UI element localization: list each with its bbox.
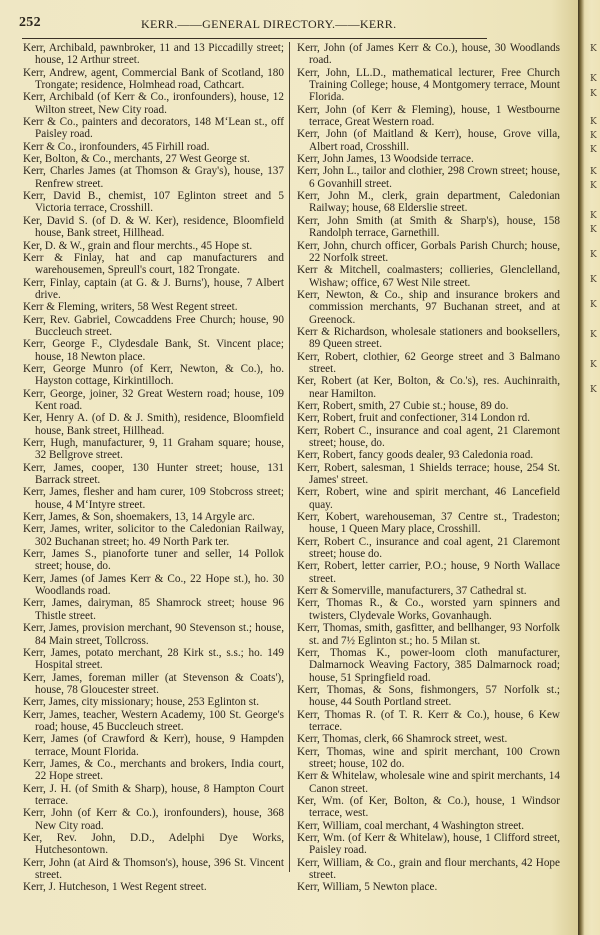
directory-entry: Ker, Robert (at Ker, Bolton, & Co.'s), r… (297, 375, 560, 400)
facing-page-letter: K (590, 75, 597, 84)
directory-entry: Kerr, Thomas R. (of T. R. Kerr & Co.), h… (297, 709, 560, 734)
directory-entry: Kerr, James S., pianoforte tuner and sel… (23, 548, 284, 573)
directory-entry: Kerr, William, coal merchant, 4 Washingt… (297, 820, 560, 832)
facing-page-letter: K (590, 45, 597, 54)
directory-entry: Kerr, Newton, & Co., ship and insurance … (297, 289, 560, 326)
directory-entry: Kerr, William, 5 Newton place. (297, 881, 560, 893)
directory-entry: Kerr, John L., tailor and clothier, 298 … (297, 165, 560, 190)
directory-entry: Ker, D. & W., grain and flour merchts., … (23, 240, 284, 252)
directory-entry: Kerr, James (of Crawford & Kerr), house,… (23, 733, 284, 758)
directory-entry: Kerr, John Smith (at Smith & Sharp's), h… (297, 215, 560, 240)
header-rule (22, 38, 487, 39)
directory-entry: Kerr, Robert, fancy goods dealer, 93 Cal… (297, 449, 560, 461)
directory-entry: Kerr, J. H. (of Smith & Sharp), house, 8… (23, 783, 284, 808)
facing-page-letter: K (590, 132, 597, 141)
directory-entry: Kerr, John (of James Kerr & Co.), house,… (297, 42, 560, 67)
directory-entry: Kerr, John, church officer, Gorbals Pari… (297, 240, 560, 265)
facing-page-letter: K (590, 182, 597, 191)
directory-entry: Kerr, Robert, letter carrier, P.O.; hous… (297, 560, 560, 585)
facing-page-letter: K (590, 276, 597, 285)
directory-entry: Kerr, James, dairyman, 85 Shamrock stree… (23, 597, 284, 622)
right-column: Kerr, John (of James Kerr & Co.), house,… (297, 42, 560, 894)
directory-entry: Kerr, John (of Maitland & Kerr), house, … (297, 128, 560, 153)
running-title: KERR.——GENERAL DIRECTORY.——KERR. (141, 17, 396, 32)
directory-entry: Kerr, John M., clerk, grain department, … (297, 190, 560, 215)
directory-entry: Kerr, William, & Co., grain and flour me… (297, 857, 560, 882)
facing-page-letter: K (590, 301, 597, 310)
directory-entry: Kerr, David B., chemist, 107 Eglinton st… (23, 190, 284, 215)
directory-entry: Ker, Bolton, & Co., merchants, 27 West G… (23, 153, 284, 165)
directory-entry: Kerr, Thomas K., power-loom cloth manufa… (297, 647, 560, 684)
left-column: Kerr, Archibald, pawnbroker, 11 and 13 P… (23, 42, 284, 894)
page-number: 252 (19, 15, 41, 31)
directory-entry: Kerr & Finlay, hat and cap manufacturers… (23, 252, 284, 277)
directory-entry: Kerr, John (of Kerr & Fleming), house, 1… (297, 104, 560, 129)
directory-entry: Kerr & Whitelaw, wholesale wine and spir… (297, 770, 560, 795)
column-divider (289, 42, 290, 872)
directory-entry: Kerr, John (at Aird & Thomson's), house,… (23, 857, 284, 882)
facing-page-letter: K (590, 251, 597, 260)
directory-entry: Kerr, George Munro (of Kerr, Newton, & C… (23, 363, 284, 388)
facing-page-letter: K (590, 212, 597, 221)
directory-entry: Kerr, Hugh, manufacturer, 9, 11 Graham s… (23, 437, 284, 462)
facing-page-letter: K (590, 118, 597, 127)
directory-entry: Kerr, Thomas, clerk, 66 Shamrock street,… (297, 733, 560, 745)
directory-entry: Ker, Wm. (of Ker, Bolton, & Co.), house,… (297, 795, 560, 820)
directory-entry: Kerr, James, foreman miller (at Stevenso… (23, 672, 284, 697)
page-header: 252 KERR.——GENERAL DIRECTORY.——KERR. (16, 15, 486, 37)
directory-entry: Kerr, Rev. Gabriel, Cowcaddens Free Chur… (23, 314, 284, 339)
directory-entry: Ker, Henry A. (of D. & J. Smith), reside… (23, 412, 284, 437)
directory-entry: Kerr & Co., painters and decorators, 148… (23, 116, 284, 141)
directory-entry: Kerr, John (of Kerr & Co.), ironfounders… (23, 807, 284, 832)
directory-entry: Kerr, Wm. (of Kerr & Whitelaw), house, 1… (297, 832, 560, 857)
facing-page-letter: K (590, 361, 597, 370)
directory-entry: Kerr & Mitchell, coalmasters; collieries… (297, 264, 560, 289)
facing-page-letter: K (590, 168, 597, 177)
directory-entry: Kerr, George F., Clydesdale Bank, St. Vi… (23, 338, 284, 363)
directory-entry: Kerr, James, potato merchant, 28 Kirk st… (23, 647, 284, 672)
directory-entry: Kerr & Fleming, writers, 58 West Regent … (23, 301, 284, 313)
directory-entry: Kerr, Thomas, & Sons, fishmongers, 57 No… (297, 684, 560, 709)
directory-entry: Kerr, Robert C., insurance and coal agen… (297, 536, 560, 561)
directory-entry: Kerr, Robert, salesman, 1 Shields terrac… (297, 462, 560, 487)
directory-entry: Ker, Rev. John, D.D., Adelphi Dye Works,… (23, 832, 284, 857)
directory-entry: Kerr, James, flesher and ham curer, 109 … (23, 486, 284, 511)
facing-page-letter: K (590, 331, 597, 340)
directory-entry: Ker, David S. (of D. & W. Ker), residenc… (23, 215, 284, 240)
directory-entry: Kerr, Kobert, warehouseman, 37 Centre st… (297, 511, 560, 536)
directory-entry: Kerr & Co., ironfounders, 45 Firhill roa… (23, 141, 284, 153)
directory-page: 252 KERR.——GENERAL DIRECTORY.——KERR. Ker… (0, 0, 580, 935)
directory-entry: Kerr, Robert, clothier, 62 George street… (297, 351, 560, 376)
directory-entry: Kerr, James (of James Kerr & Co., 22 Hop… (23, 573, 284, 598)
directory-entry: Kerr, James, & Co., merchants and broker… (23, 758, 284, 783)
facing-page-letter: K (590, 90, 597, 99)
facing-page-letter: K (590, 226, 597, 235)
directory-entry: Kerr, Thomas R., & Co., worsted yarn spi… (297, 597, 560, 622)
next-page-edge: KKKKKKKKKKKKKKKK (588, 0, 600, 935)
directory-entry: Kerr, James, teacher, Western Academy, 1… (23, 709, 284, 734)
directory-entry: Kerr, Robert, smith, 27 Cubie st.; house… (297, 400, 560, 412)
directory-entry: Kerr & Somerville, manufacturers, 37 Cat… (297, 585, 560, 597)
directory-entry: Kerr, James, city missionary; house, 253… (23, 696, 284, 708)
directory-entry: Kerr, Thomas, smith, gasfitter, and bell… (297, 622, 560, 647)
directory-entry: Kerr, John, LL.D., mathematical lecturer… (297, 67, 560, 104)
directory-entry: Kerr, Robert, fruit and confectioner, 31… (297, 412, 560, 424)
directory-entry: Kerr, Finlay, captain (at G. & J. Burns'… (23, 277, 284, 302)
directory-entry: Kerr, J. Hutcheson, 1 West Regent street… (23, 881, 284, 893)
directory-entry: Kerr, George, joiner, 32 Great Western r… (23, 388, 284, 413)
directory-entry: Kerr, James, cooper, 130 Hunter street; … (23, 462, 284, 487)
directory-entry: Kerr, Robert C., insurance and coal agen… (297, 425, 560, 450)
directory-entry: Kerr, Charles James (at Thomson & Gray's… (23, 165, 284, 190)
directory-entry: Kerr, Andrew, agent, Commercial Bank of … (23, 67, 284, 92)
directory-entry: Kerr, James, & Son, shoemakers, 13, 14 A… (23, 511, 284, 523)
directory-entry: Kerr, Thomas, wine and spirit merchant, … (297, 746, 560, 771)
directory-entry: Kerr & Richardson, wholesale stationers … (297, 326, 560, 351)
directory-entry: Kerr, James, writer, solicitor to the Ca… (23, 523, 284, 548)
directory-entry: Kerr, James, provision merchant, 90 Stev… (23, 622, 284, 647)
directory-entry: Kerr, Archibald, pawnbroker, 11 and 13 P… (23, 42, 284, 67)
directory-entry: Kerr, Archibald (of Kerr & Co., ironfoun… (23, 91, 284, 116)
facing-page-letter: K (590, 386, 597, 395)
directory-entry: Kerr, Robert, wine and spirit merchant, … (297, 486, 560, 511)
directory-entry: Kerr, John James, 13 Woodside terrace. (297, 153, 560, 165)
facing-page-letter: K (590, 146, 597, 155)
